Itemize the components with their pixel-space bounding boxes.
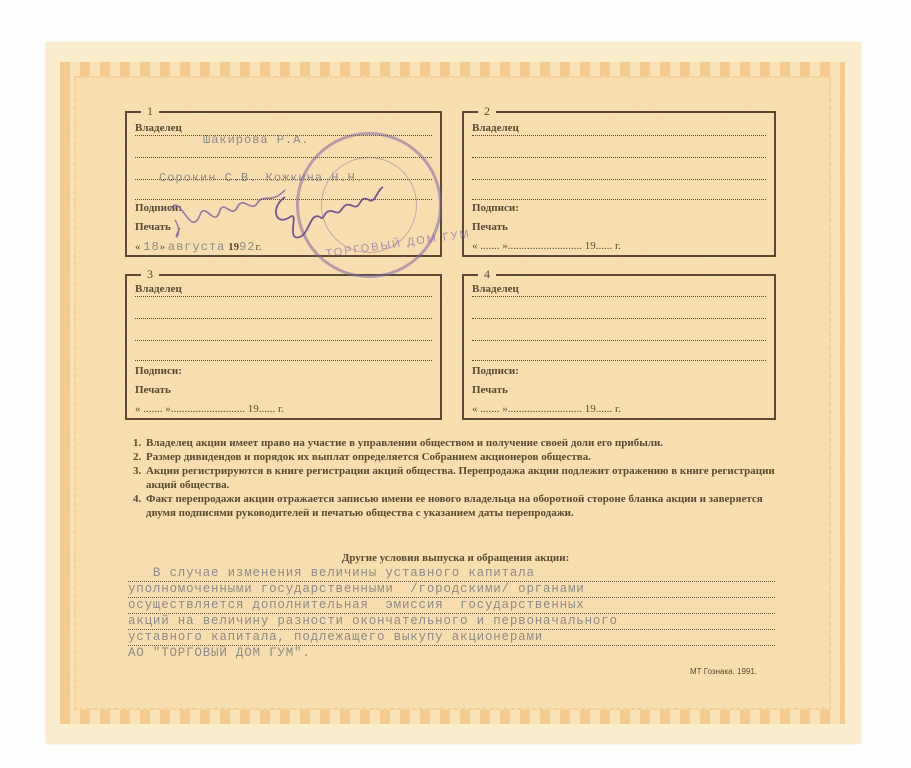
owner-line [472,328,766,341]
printer-imprint: МТ Гознака. 1991. [690,667,757,676]
date-day: 18 [143,240,159,254]
signatures-label: Подписи: [472,202,519,214]
owner-line [135,328,432,341]
transfer-date: « ....... »........................... 1… [472,403,621,415]
owner-line [472,348,766,361]
rule-item: Владелец акции имеет право на участие в … [144,436,788,450]
rule-item: Акции регистрируются в книге регистрации… [144,464,788,492]
other-conditions-title: Другие условия выпуска и обращения акции… [128,552,783,564]
transfer-box-3: 3 Владелец Подписи: Печать « ....... »..… [125,274,442,420]
owner-line [135,306,432,319]
transfer-box-4: 4 Владелец Подписи: Печать « ....... »..… [462,274,776,420]
box-number: 1 [141,104,159,119]
owner-line [472,167,766,180]
owner-name-typed: Шакирова Р.А. [203,133,310,147]
owner-line [472,145,766,158]
condition-line: В случае изменения величины уставного ка… [128,566,775,582]
shareholder-rules: Владелец акции имеет право на участие в … [128,436,788,520]
owner-label: Владелец [135,283,184,295]
owner-line [472,187,766,200]
owner-label: Владелец [472,283,521,295]
condition-line: АО "ТОРГОВЫЙ ДОМ ГУМ". [128,646,775,661]
seal-label: Печать [472,384,508,396]
condition-line: осуществляется дополнительная эмиссия го… [128,598,775,614]
condition-line: уставного капитала, подлежащего выкупу а… [128,630,775,646]
condition-line: уполномоченными государственными /городс… [128,582,775,598]
owner-label: Владелец [135,122,184,134]
box-number: 4 [478,267,496,282]
box-number: 3 [141,267,159,282]
rule-item: Факт перепродажи акции отражается запись… [144,492,788,520]
rule-item: Размер дивидендов и порядок их выплат оп… [144,450,788,464]
owner-line: Владелец [472,123,766,136]
transfer-date: « ....... »........................... 1… [472,240,621,252]
owner-line: Владелец [472,284,766,297]
condition-line: акций на величину разности окончательног… [128,614,775,630]
seal-label: Печать [472,221,508,233]
seal-label: Печать [135,384,171,396]
other-conditions-text: В случае изменения величины уставного ка… [128,566,775,661]
transfer-date: « ....... »........................... 1… [135,403,284,415]
box-number: 2 [478,104,496,119]
owner-line: Владелец [135,284,432,297]
owner-line [135,348,432,361]
transfer-box-2: 2 Владелец Подписи: Печать « ....... »..… [462,111,776,257]
signature-2 [265,182,395,257]
signatures-label: Подписи: [472,365,519,377]
owner-line [472,306,766,319]
signatures-label: Подписи: [135,365,182,377]
owner-label: Владелец [472,122,521,134]
